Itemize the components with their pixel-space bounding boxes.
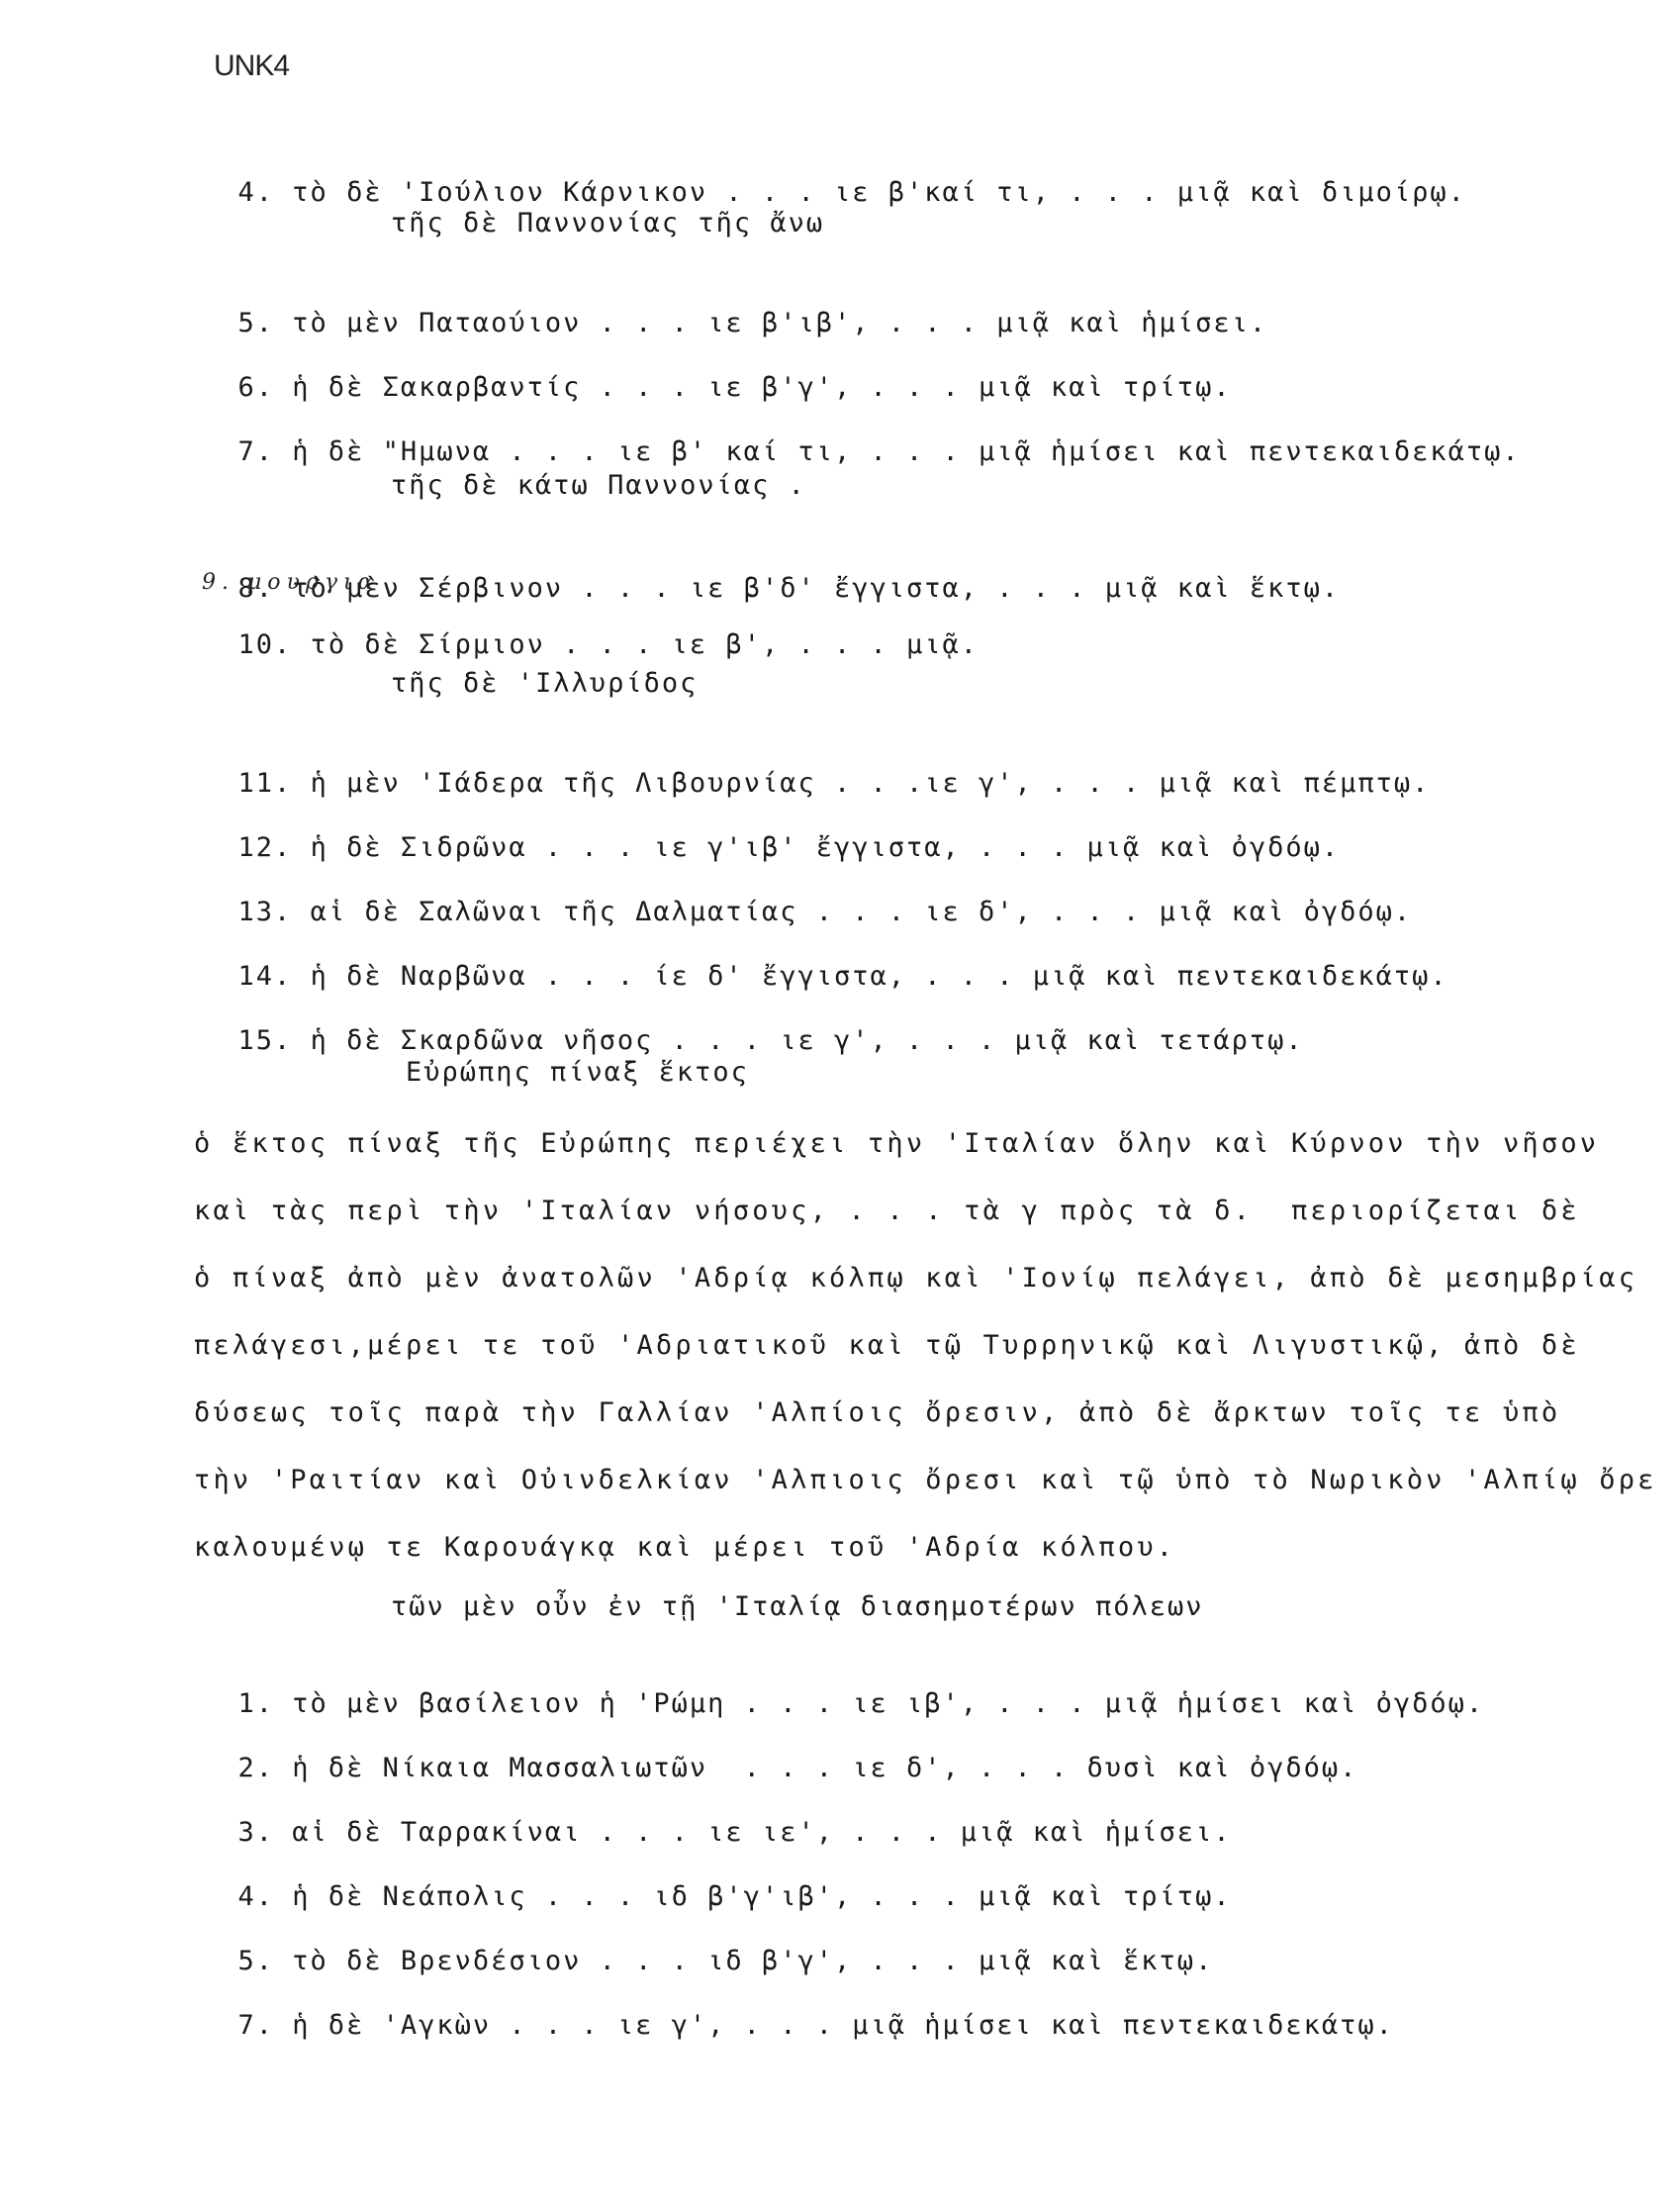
entry-text: τὸ δὲ Βρενδέσιον . . . ιδ β'γ', . . . μι… [292,1946,1213,1976]
entry-number: 14. [238,961,293,992]
entry-line: 3. αἱ δὲ Ταρρακίναι . . . ιε ιε', . . . … [202,1786,1232,1848]
entry-text: ἡ δὲ Σακαρβαντίς . . . ιε β'γ', . . . μι… [292,372,1231,403]
entry-text: ἡ μὲν 'Ιάδερα τῆς Λιβουρνίας . . .ιε γ',… [311,768,1431,799]
entry-text: ἡ δὲ Νίκαια Μασσαλιωτῶν . . . ιε δ', . .… [292,1753,1357,1783]
entry-text: ἡ δὲ Σκαρδῶνα νῆσος . . . ιε γ', . . . μ… [311,1025,1304,1056]
section-heading: Εὐρώπης πίναξ ἕκτος [406,1057,749,1088]
entry-number: 3. [238,1817,275,1848]
entry-line: 2. ἡ δὲ Νίκαια Μασσαλιωτῶν . . . ιε δ', … [202,1722,1357,1783]
entry-line: 1. τὸ μὲν βασίλειον ἡ 'Ρώμη . . . ιε ιβ'… [202,1658,1484,1719]
entry-line: 6. ἡ δὲ Σακαρβαντίς . . . ιε β'γ', . . .… [202,341,1232,403]
entry-text: αἱ δὲ Σαλῶναι τῆς Δαλματίας . . . ιε δ',… [311,897,1413,927]
entry-number: 11. [238,768,293,799]
entry-line: 5. τὸ μὲν Παταούιον . . . ιε β'ιβ', . . … [202,277,1267,338]
entry-line: 5. τὸ δὲ Βρενδέσιον . . . ιδ β'γ', . . .… [202,1915,1213,1976]
paragraph-line: ὁ πίναξ ἀπὸ μὲν ἀνατολῶν 'Αδρίᾳ κόλπῳ κα… [194,1263,1637,1293]
entry-number: 15. [238,1025,293,1056]
entry-number: 10. [238,629,293,660]
entry-line: 4. ἡ δὲ Νεάπολις . . . ιδ β'γ'ιβ', . . .… [202,1851,1232,1912]
entry-line: 4. τὸ δὲ 'Ιούλιον Κάρνικον . . . ιε β'κα… [202,146,1466,208]
entry-line: 11. ἡ μὲν 'Ιάδερα τῆς Λιβουρνίας . . .ιε… [202,737,1430,799]
entry-line: 7. ἡ δὲ "Ημωνα . . . ιε β' καί τι, . . .… [202,406,1521,467]
entry-number: 7. [238,436,275,467]
entry-number: 5. [238,308,275,338]
entry-number: 12. [238,832,293,863]
entry-number: 4. [238,1881,275,1912]
section-heading: τῆς δὲ Παννονίας τῆς ἄνω [391,208,824,239]
page-label: UNK4 [214,49,289,83]
entry-line: 7. ἡ δὲ 'Αγκὼν . . . ιε γ', . . . μιᾷ ἡμ… [202,1979,1394,2041]
entry-text: τὸ μὲν βασίλειον ἡ 'Ρώμη . . . ιε ιβ', .… [292,1688,1484,1719]
paragraph-line: καλουμένῳ τε Καρουάγκᾳ καὶ μέρει τοῦ 'Αδ… [194,1532,1175,1563]
entry-text: αἱ δὲ Ταρρακίναι . . . ιε ιε', . . . μιᾷ… [292,1817,1231,1848]
entry-text: ἡ δὲ 'Αγκὼν . . . ιε γ', . . . μιᾷ ἡμίσε… [292,2010,1394,2041]
entry-number: 7. [238,2010,275,2041]
entry-number: 5. [238,1946,275,1976]
entry-text: ἡ δὲ Νεάπολις . . . ιδ β'γ'ιβ', . . . μι… [292,1881,1231,1912]
entry-number: 2. [238,1753,275,1783]
entry-number: 13. [238,897,293,927]
entry-line: 13. αἱ δὲ Σαλῶναι τῆς Δαλματίας . . . ιε… [202,866,1412,927]
paragraph-line: τὴν 'Ραιτίαν καὶ Οὐινδελκίαν 'Αλπιοις ὄρ… [194,1465,1657,1495]
entry-text: ἡ δὲ Ναρβῶνα . . . ίε δ' ἔγγιστα, . . . … [311,961,1448,992]
paragraph-line: δύσεως τοῖς παρὰ τὴν Γαλλίαν 'Αλπίοις ὄρ… [194,1397,1560,1428]
entry-number: 1. [238,1688,275,1719]
entry-number: 6. [238,372,275,403]
entry-text: ἡ δὲ Σιδρῶνα . . . ιε γ'ιβ' ἔγγιστα, . .… [311,832,1341,863]
entry-line: 10. τὸ δὲ Σίρμιον . . . ιε β', . . . μιᾷ… [202,599,979,660]
section-heading: τῆς δὲ κάτω Παννονίας . [391,470,806,501]
entry-text: ἡ δὲ "Ημωνα . . . ιε β' καί τι, . . . μι… [292,436,1520,467]
entry-text: τὸ μὲν Παταούιον . . . ιε β'ιβ', . . . μ… [292,308,1267,338]
entry-text: τὸ δὲ 'Ιούλιον Κάρνικον . . . ιε β'καί τ… [292,177,1466,208]
entry-line: 12. ἡ δὲ Σιδρῶνα . . . ιε γ'ιβ' ἔγγιστα,… [202,802,1340,863]
entry-number: 4. [238,177,275,208]
paragraph-line: πελάγεσι,μέρει τε τοῦ 'Αδριατικοῦ καὶ τῷ… [194,1330,1580,1361]
entry-text: τὸ δὲ Σίρμιον . . . ιε β', . . . μιᾷ. [311,629,979,660]
handwritten-note: 9. μουργια [202,570,378,595]
section-heading: τῆς δὲ 'Ιλλυρίδος [391,668,698,699]
entry-line: 14. ἡ δὲ Ναρβῶνα . . . ίε δ' ἔγγιστα, . … [202,930,1448,992]
section-heading: τῶν μὲν οὖν ἐν τῇ 'Ιταλίᾳ διασημοτέρων π… [391,1591,1204,1622]
paragraph-line: καὶ τὰς περὶ τὴν 'Ιταλίαν νήσους, . . . … [194,1196,1580,1226]
paragraph-line: ὁ ἕκτος πίναξ τῆς Εὐρώπης περιέχει τὴν '… [194,1128,1599,1159]
entry-line: 15. ἡ δὲ Σκαρδῶνα νῆσος . . . ιε γ', . .… [202,995,1304,1056]
